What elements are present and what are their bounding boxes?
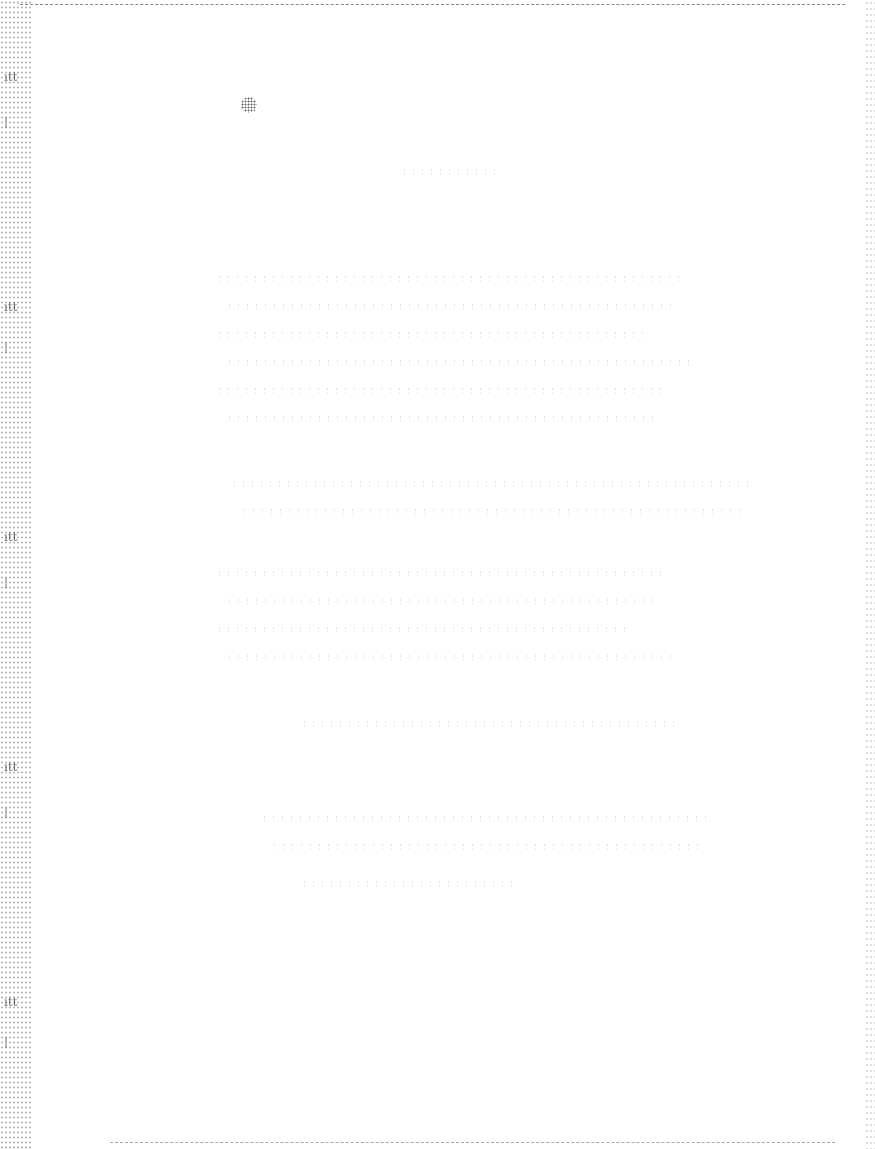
text-line	[260, 815, 710, 821]
text-line	[215, 570, 665, 576]
text-line	[270, 843, 700, 849]
binding-hole-mark: ıtt	[4, 530, 26, 544]
document-title-text	[400, 168, 401, 169]
text-line	[215, 626, 625, 632]
bottom-border	[110, 1142, 835, 1143]
text-line	[225, 415, 655, 421]
text-line	[215, 387, 665, 393]
text-line	[225, 654, 675, 660]
binding-hole-mark: ıtt	[4, 70, 26, 84]
text-line	[240, 508, 740, 514]
binding-hole-mark: ¦	[4, 115, 26, 129]
binding-hole-mark: ¦	[4, 575, 26, 589]
text-line	[230, 480, 750, 486]
document-page: ıtt¦ıtt¦ıtt¦ıtt¦ıtt¦ Heavily faded scan;…	[0, 0, 875, 1149]
right-edge	[865, 0, 875, 1149]
document-title	[400, 168, 500, 174]
text-line	[215, 331, 645, 337]
text-line	[300, 880, 520, 886]
binding-hole-mark: ıtt	[4, 760, 26, 774]
text-line	[300, 720, 680, 726]
binding-hole-mark: ¦	[4, 1035, 26, 1049]
binding-hole-mark: ¦	[4, 805, 26, 819]
binding-hole-mark: ¦	[4, 340, 26, 354]
text-line	[225, 303, 675, 309]
binding-hole-mark: ıtt	[4, 300, 26, 314]
text-line	[225, 598, 655, 604]
stamp-mark-icon	[241, 97, 257, 113]
top-border	[20, 4, 845, 5]
text-line	[215, 275, 685, 281]
text-line	[225, 359, 695, 365]
binding-hole-mark: ıtt	[4, 995, 26, 1009]
